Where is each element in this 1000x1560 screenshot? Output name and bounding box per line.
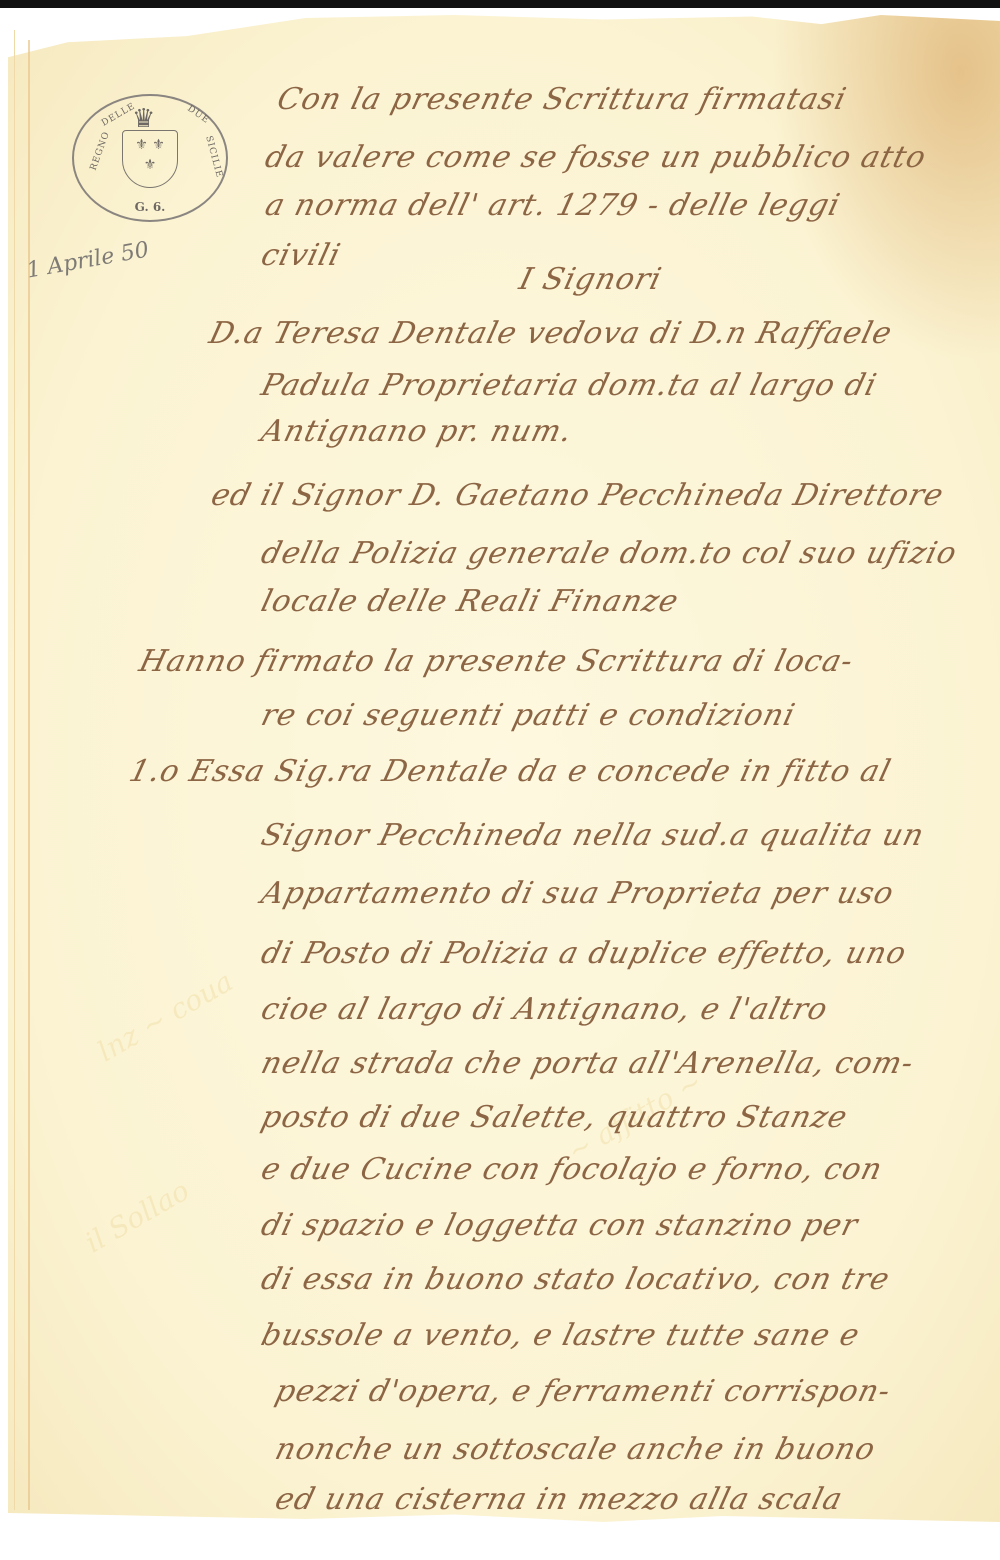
stamp-legend: SICILIE [203, 135, 224, 179]
fleur-de-lis-shield-icon: ⚜ ⚜⚜ [122, 130, 178, 188]
page-edge-fold [14, 30, 15, 1510]
handwritten-line: 1.o Essa Sig.ra Dentale da e concede in … [126, 754, 895, 789]
handwritten-line: a norma dell' art. 1279 - delle leggi [262, 188, 844, 223]
handwritten-line: ed il Signor D. Gaetano Pecchineda Diret… [208, 478, 948, 513]
handwritten-line: da valere come se fosse un pubblico atto [262, 140, 930, 175]
handwritten-line: I Signori [516, 262, 666, 297]
handwritten-line: di Posto di Polizia a duplice effetto, u… [258, 936, 911, 971]
handwritten-line: Hanno firmato la presente Scrittura di l… [136, 644, 857, 679]
stamp-legend: REGNO [89, 130, 112, 172]
handwritten-line: Signor Pecchineda nella sud.a qualita un [258, 818, 928, 853]
stamp-value: G. 6. [74, 200, 226, 214]
handwritten-line: della Polizia generale dom.to col suo uf… [258, 536, 961, 571]
handwritten-line: civili [258, 238, 345, 273]
handwritten-line: Appartamento di sua Proprieta per uso [258, 876, 898, 911]
handwritten-line: Con la presente Scrittura firmatasi [274, 82, 851, 117]
handwritten-line: Padula Proprietaria dom.ta al largo di [258, 368, 881, 403]
handwritten-line: cioe al largo di Antignano, e l'altro [258, 992, 832, 1027]
handwritten-line: di spazio e loggetta con stanzino per [258, 1208, 862, 1243]
revenue-stamp-regno-delle-due-sicilie: REGNO DELLE DUE SICILIE ♛ ⚜ ⚜⚜ G. 6. [72, 94, 228, 222]
handwritten-line: bussole a vento, e lastre tutte sane e [258, 1318, 864, 1353]
handwritten-line: di essa in buono stato locativo, con tre [258, 1262, 894, 1297]
handwritten-line: posto di due Salette, quattro Stanze [258, 1100, 852, 1135]
scan-top-edge [0, 0, 1000, 8]
handwritten-line: pezzi d'opera, e ferramenti corrispon- [272, 1374, 895, 1409]
handwritten-line: nonche un sottoscale anche in buono [272, 1432, 880, 1467]
handwritten-line: nella strada che porta all'Arenella, com… [258, 1046, 918, 1081]
handwritten-line: re coi seguenti patti e condizioni [258, 698, 799, 733]
handwritten-line: locale delle Reali Finanze [258, 584, 683, 619]
handwritten-line: Antignano pr. num. [258, 414, 577, 449]
handwritten-line: ed una cisterna in mezzo alla scala [272, 1482, 847, 1517]
handwritten-line: e due Cucine con focolajo e forno, con [258, 1152, 887, 1187]
handwritten-line: D.a Teresa Dentale vedova di D.n Raffael… [206, 316, 896, 351]
